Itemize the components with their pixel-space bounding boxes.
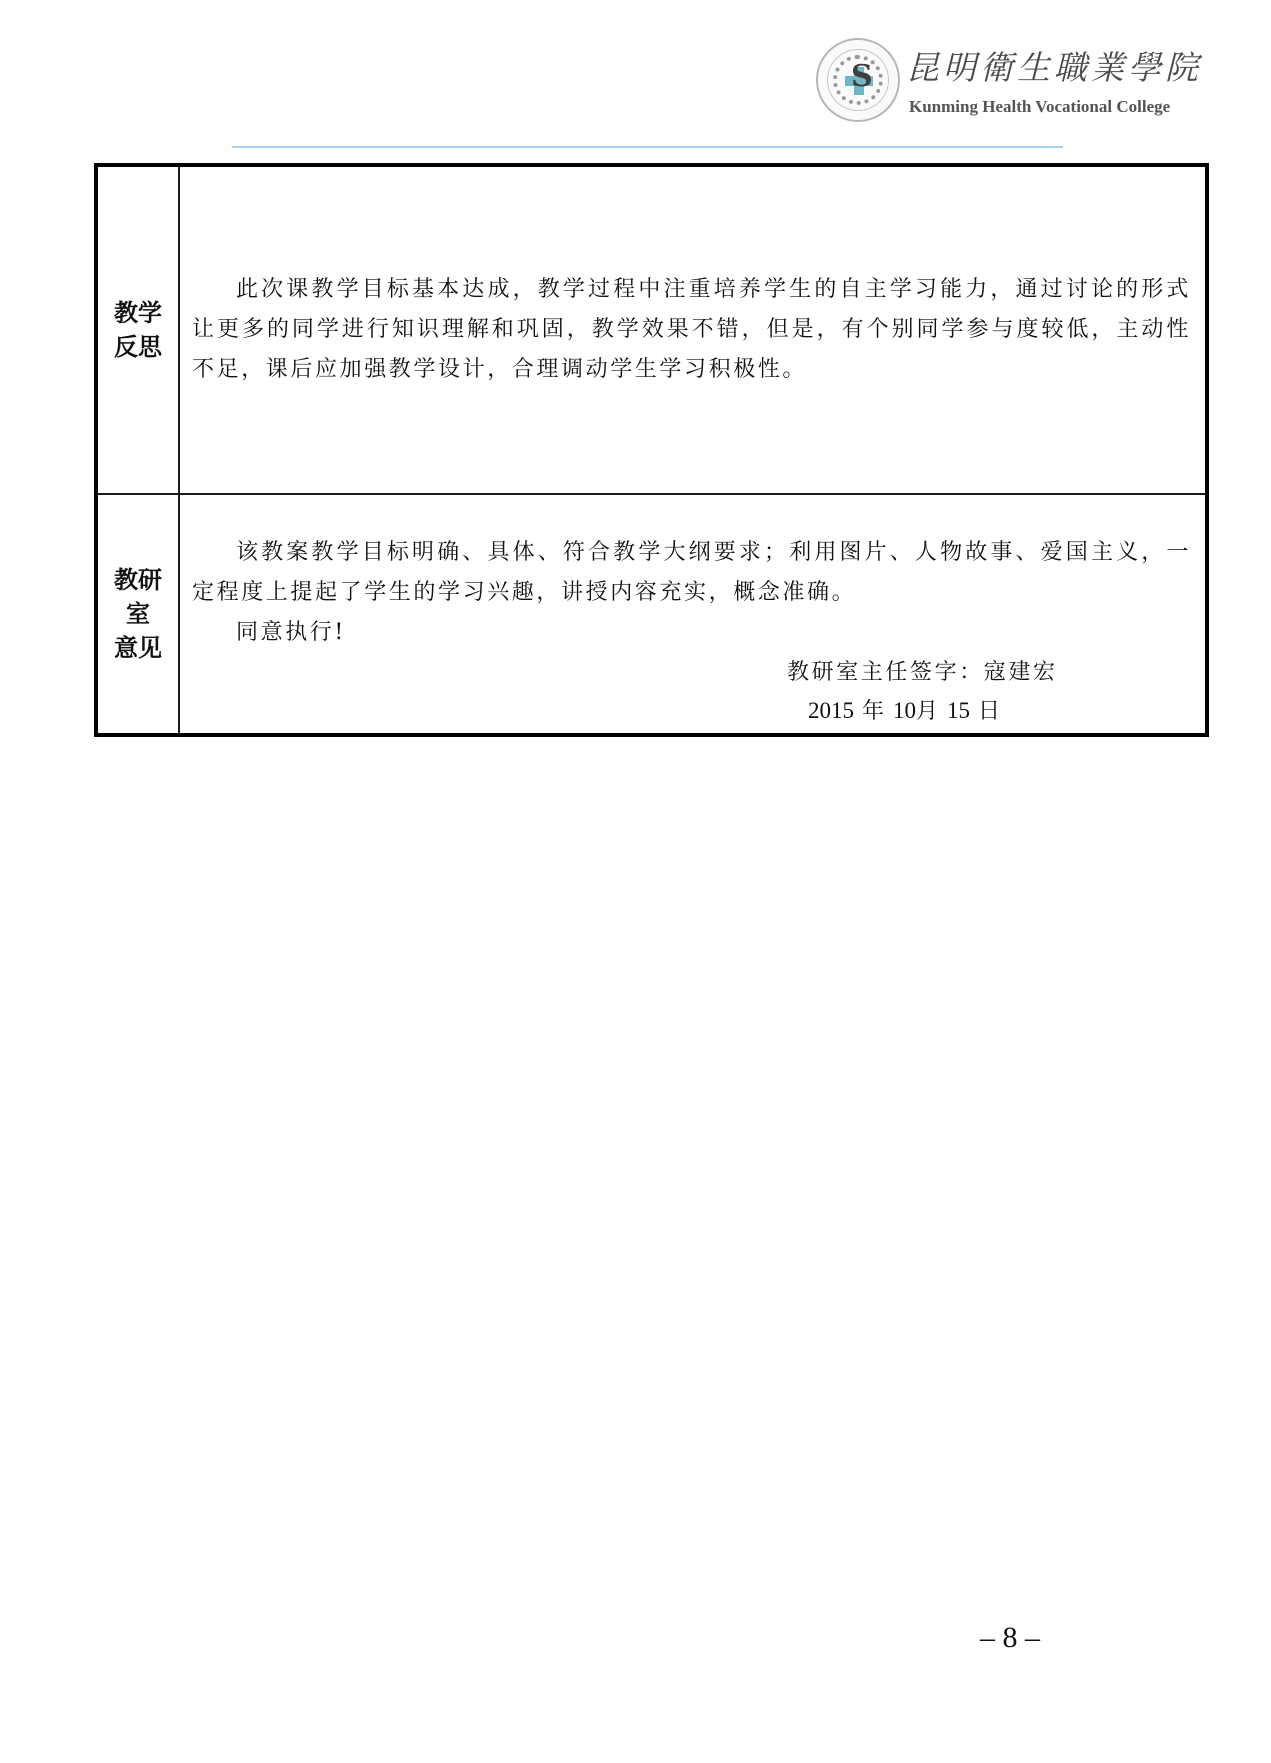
row-label-line: 教研: [98, 563, 178, 597]
row-label-line: 教学: [98, 296, 178, 330]
institution-name-en: Kunming Health Vocational College: [909, 96, 1170, 118]
department-opinion-content: 该教案教学目标明确、具体、符合教学大纲要求；利用图片、人物故事、爱国主义，一定程…: [192, 495, 1191, 733]
date-day-unit: 日: [978, 699, 1001, 724]
page-number: – 8 –: [980, 1620, 1040, 1656]
department-opinion-text: 该教案教学目标明确、具体、符合教学大纲要求；利用图片、人物故事、爱国主义，一定程…: [192, 533, 1191, 613]
date-month-unit: 月: [916, 699, 939, 724]
table-row-department-opinion: 教研 室 意见 该教案教学目标明确、具体、符合教学大纲要求；利用图片、人物故事、…: [96, 494, 1207, 735]
date-month: 10: [893, 698, 916, 723]
row-label-teaching-reflection: 教学 反思: [96, 165, 179, 494]
header-divider: [232, 146, 1063, 148]
signature-date: 2015 年 10月 15 日: [808, 691, 1001, 732]
date-day: 15: [947, 698, 970, 723]
table-row-teaching-reflection: 教学 反思 此次课教学目标基本达成，教学过程中注重培养学生的自主学习能力，通过讨…: [96, 165, 1207, 494]
approval-text: 同意执行!: [192, 613, 1191, 653]
department-opinion-cell: 该教案教学目标明确、具体、符合教学大纲要求；利用图片、人物故事、爱国主义，一定程…: [179, 494, 1207, 735]
row-label-line: 室: [98, 597, 178, 631]
teaching-review-table: 教学 反思 此次课教学目标基本达成，教学过程中注重培养学生的自主学习能力，通过讨…: [94, 163, 1209, 737]
date-year: 2015: [808, 698, 854, 723]
date-year-unit: 年: [862, 699, 885, 724]
college-emblem-icon: S: [816, 38, 900, 122]
serpent-icon: S: [851, 62, 873, 92]
college-logo: S 昆明衛生職業學院 Kunming Health Vocational Col…: [816, 38, 1216, 128]
teaching-reflection-text: 此次课教学目标基本达成，教学过程中注重培养学生的自主学习能力，通过讨论的形式让更…: [192, 270, 1191, 390]
teaching-reflection-cell: 此次课教学目标基本达成，教学过程中注重培养学生的自主学习能力，通过讨论的形式让更…: [179, 165, 1207, 494]
director-signature: 教研室主任签字：寇建宏: [787, 653, 1058, 693]
institution-name-cn: 昆明衛生職業學院: [906, 48, 1202, 88]
row-label-department-opinion: 教研 室 意见: [96, 494, 179, 735]
row-label-line: 意见: [98, 631, 178, 665]
row-label-line: 反思: [98, 330, 178, 364]
